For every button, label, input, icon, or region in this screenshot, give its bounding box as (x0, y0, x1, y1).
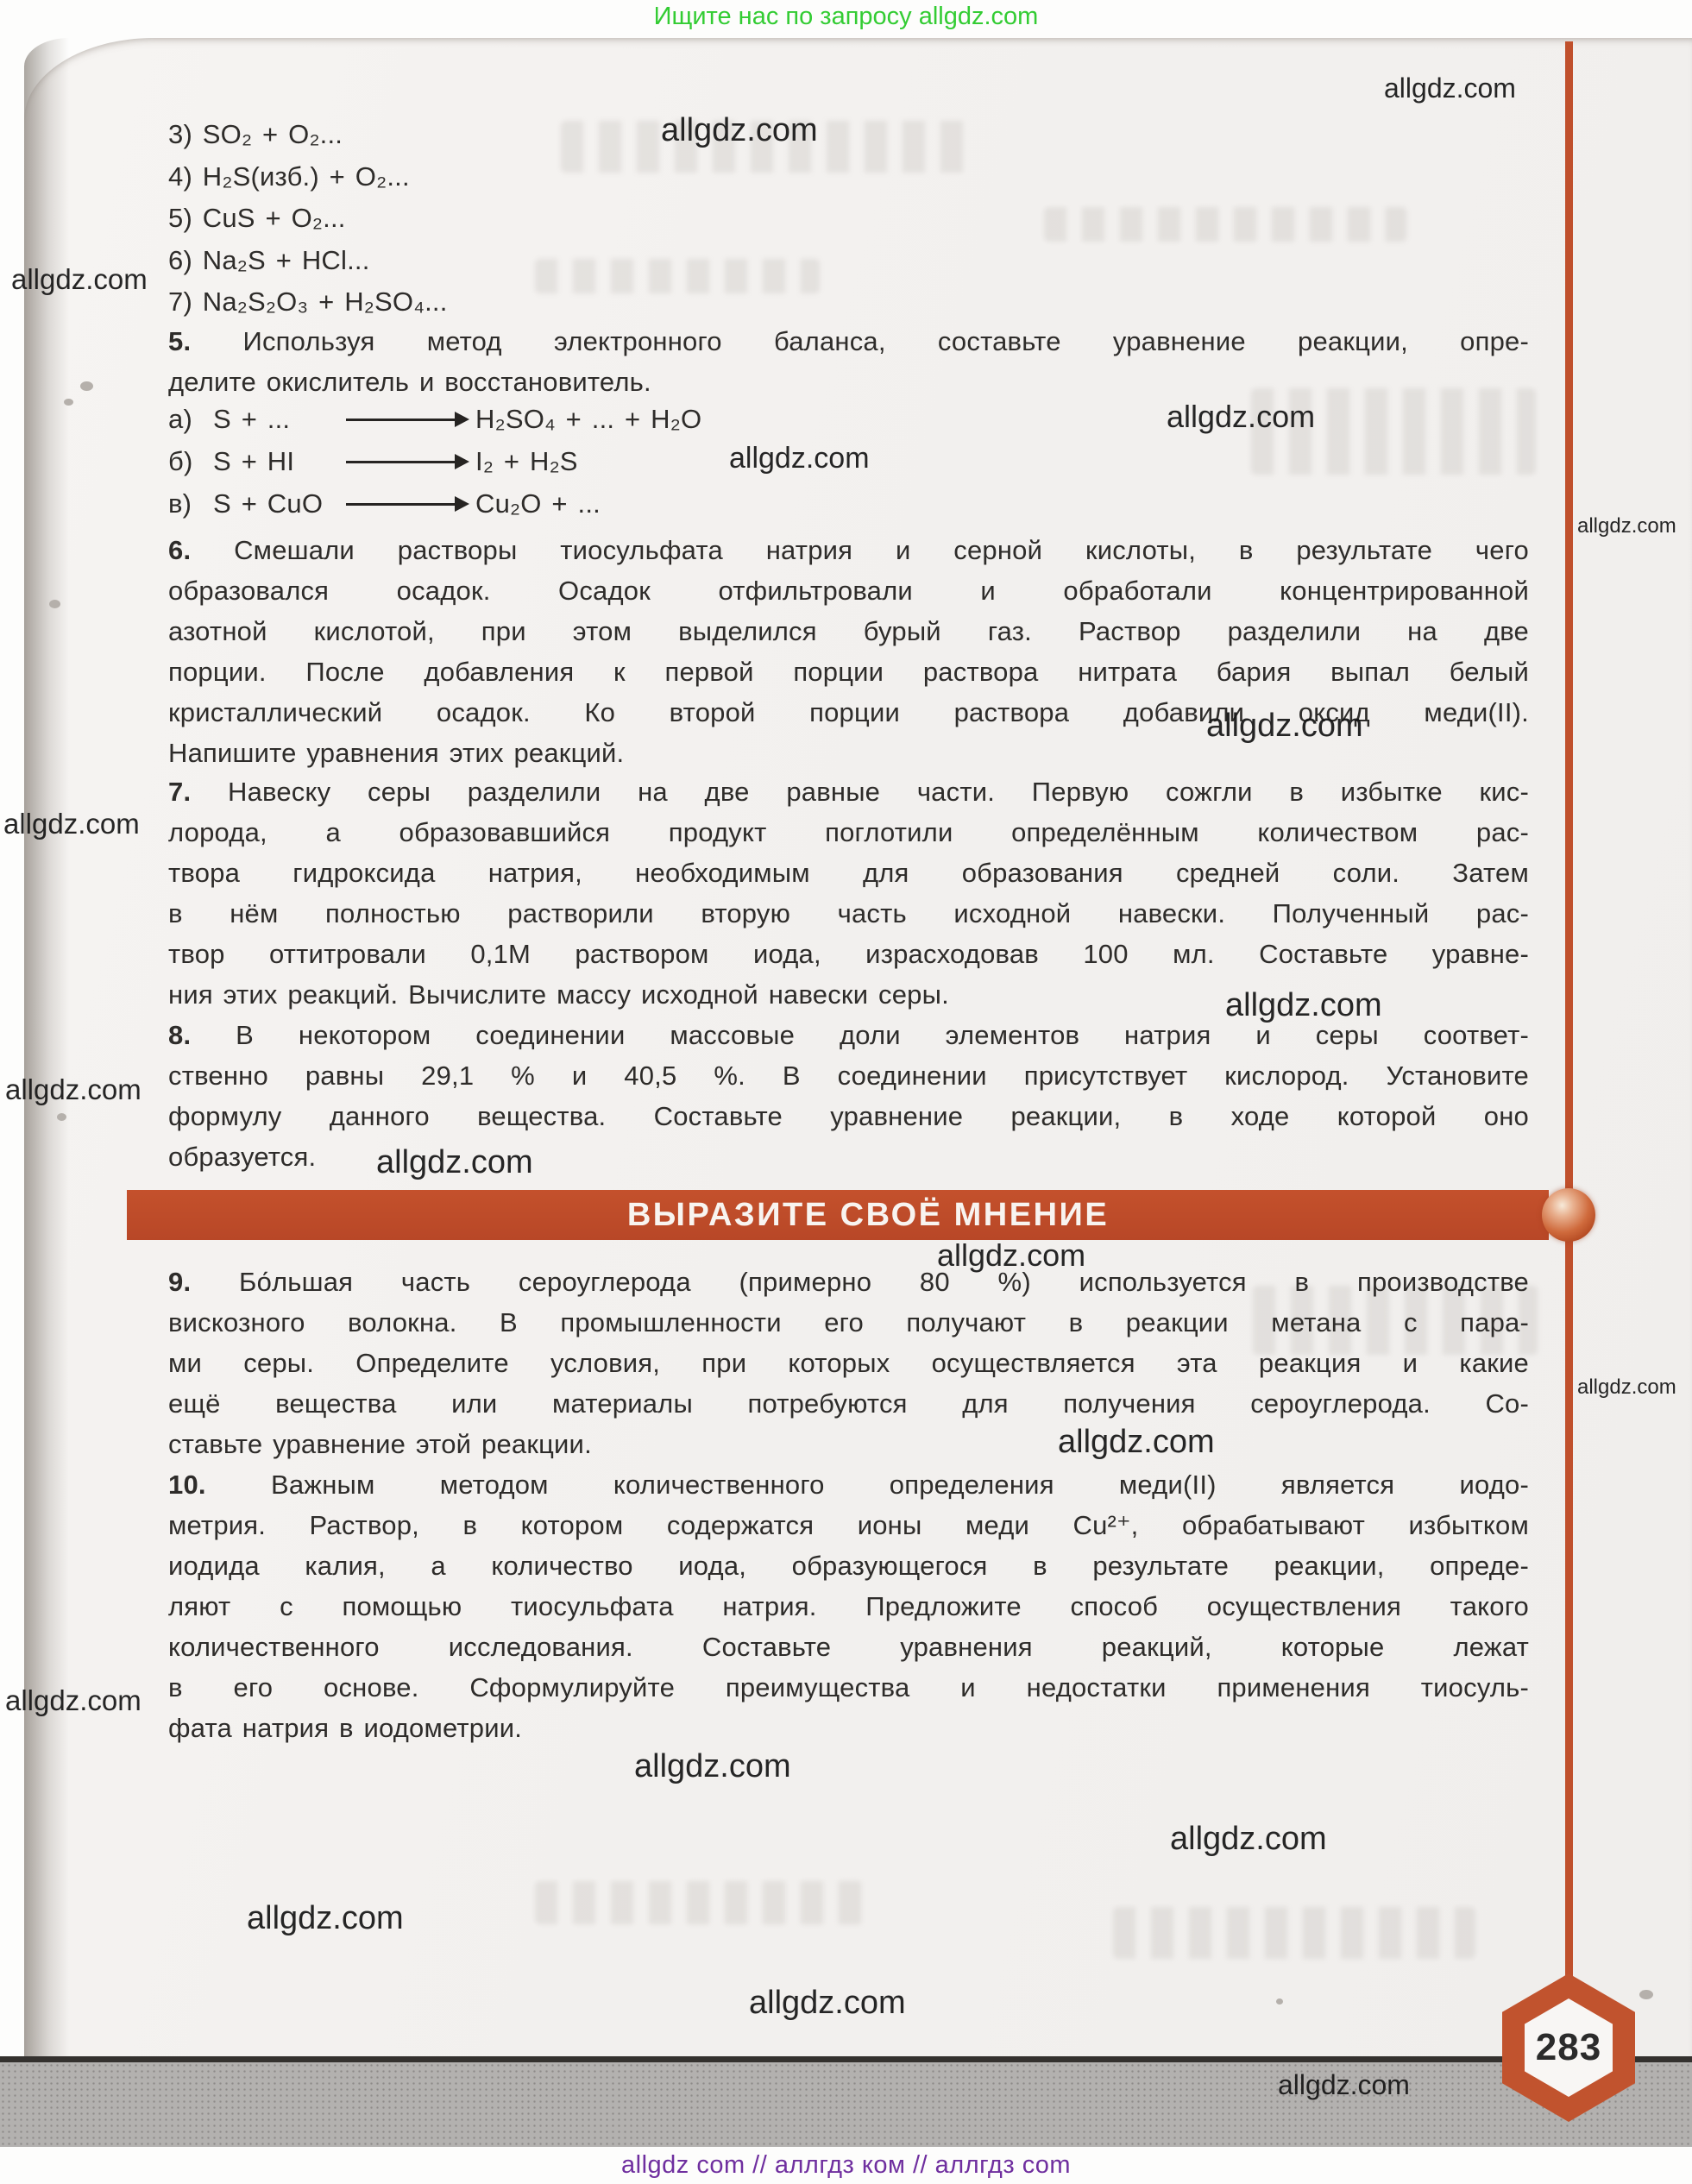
text-line: формулу данного вещества. Составьте урав… (168, 1096, 1529, 1136)
watermark: allgdz.com (634, 1748, 791, 1785)
text-line: 6. Смешали растворы тиосульфата натрия и… (168, 530, 1529, 570)
page-number-hexagon-inner: 283 (1525, 1998, 1613, 2097)
footer-sites: allgdz com // аллгдз ком // аллгдз com (0, 2150, 1692, 2180)
problem-9: 9. Бо́льшая часть сероуглерода (примерно… (168, 1262, 1529, 1464)
text-line: иодида калия, а количество иода, образую… (168, 1545, 1529, 1586)
reaction-list: 3) SO₂ + O₂... 4) H₂S(изб.) + O₂... 5) C… (168, 114, 988, 324)
problem-8: 8. В некотором соединении массовые доли … (168, 1015, 1529, 1177)
reaction-arrow-icon (346, 419, 456, 421)
bleedthrough-ghost (1113, 1907, 1475, 1959)
scan-speck (80, 381, 93, 391)
equation-left: S + ... (213, 399, 341, 440)
text-line: ставьте уравнение этой реакции. (168, 1424, 1529, 1464)
watermark: allgdz.com (1577, 514, 1676, 538)
bleedthrough-ghost (535, 1881, 863, 1924)
problem-number: 7. (168, 777, 191, 807)
text-line: порции. После добавления к первой порции… (168, 651, 1529, 692)
text-line: вискозного волокна. В промышленности его… (168, 1302, 1529, 1343)
watermark: allgdz.com (11, 263, 148, 296)
watermark: allgdz.com (1167, 399, 1315, 435)
reaction-arrow-icon (346, 461, 456, 463)
watermark: allgdz.com (1577, 1375, 1676, 1400)
problem-number: 8. (168, 1020, 191, 1050)
bleedthrough-ghost (1044, 207, 1406, 242)
equation-label: а) (168, 399, 213, 440)
opinion-banner-label: ВЫРАЗИТЕ СВОЁ МНЕНИЕ (627, 1197, 1109, 1234)
watermark: allgdz.com (1225, 987, 1382, 1024)
equation-row: а)S + ...H₂SO₄ + ... + H₂O (168, 399, 1117, 440)
text-line: в его основе. Сформулируйте преимущества… (168, 1667, 1529, 1708)
text-line: в нём полностью растворили вторую часть … (168, 893, 1529, 934)
watermark: allgdz.com (5, 1684, 142, 1717)
equation-label: б) (168, 441, 213, 482)
margin-rule-line (1565, 41, 1573, 1979)
watermark: allgdz.com (1278, 2069, 1410, 2101)
watermark: allgdz.com (729, 442, 870, 475)
scan-speck (1276, 1998, 1283, 2005)
scan-speck (57, 1113, 66, 1121)
list-item: 4) H₂S(изб.) + O₂... (168, 156, 988, 198)
list-item: 7) Na₂S₂O₃ + H₂SO₄... (168, 281, 988, 324)
watermark: allgdz.com (937, 1237, 1085, 1274)
text-line: фата натрия в иодометрии. (168, 1708, 1529, 1748)
watermark: allgdz.com (1206, 708, 1363, 745)
equation-row: в)S + CuOCu₂O + ... (168, 483, 1117, 525)
watermark: allgdz.com (3, 808, 140, 840)
watermark: allgdz.com (749, 1985, 906, 2022)
equation-right: I₂ + H₂S (475, 441, 578, 482)
equation-left: S + HI (213, 441, 341, 482)
text-line: твор оттитровали 0,1М раствором иода, из… (168, 934, 1529, 974)
spine-shadow (24, 38, 69, 2056)
problem-10: 10. Важным методом количественного опред… (168, 1464, 1529, 1748)
text-line: делите окислитель и восстановитель. (168, 362, 1529, 402)
banner-ball-ornament (1542, 1188, 1595, 1242)
problem-number: 5. (168, 326, 191, 356)
watermark: allgdz.com (1384, 72, 1516, 104)
problem-number: 6. (168, 535, 191, 565)
reaction-arrow-icon (346, 503, 456, 506)
text-line: ственно равны 29,1 % и 40,5 %. В соедине… (168, 1055, 1529, 1096)
text-line: ми серы. Определите условия, при которых… (168, 1343, 1529, 1383)
equation-right: Cu₂O + ... (475, 483, 601, 525)
book-bottom-edge (0, 2056, 1692, 2147)
watermark: allgdz.com (5, 1073, 142, 1106)
watermark: allgdz.com (247, 1900, 404, 1937)
equation-row: б)S + HII₂ + H₂S (168, 441, 1117, 482)
promo-header: Ищите нас по запросу allgdz.com (0, 2, 1692, 31)
text-line: твора гидроксида натрия, необходимым для… (168, 853, 1529, 893)
text-line: 5. Используя метод электронного баланса,… (168, 321, 1529, 362)
watermark: allgdz.com (661, 112, 818, 149)
equation-label: в) (168, 483, 213, 525)
problem-5: 5. Используя метод электронного баланса,… (168, 321, 1529, 402)
equation-right: H₂SO₄ + ... + H₂O (475, 399, 701, 440)
page-number: 283 (1536, 2026, 1601, 2069)
text-line: лорода, а образовавшийся продукт поглоти… (168, 812, 1529, 853)
scan-speck (64, 399, 73, 406)
text-line: 9. Бо́льшая часть сероуглерода (примерно… (168, 1262, 1529, 1302)
watermark: allgdz.com (376, 1144, 533, 1181)
text-line: 7. Навеску серы разделили на две равные … (168, 771, 1529, 812)
text-line: метрия. Раствор, в котором содержатся ио… (168, 1505, 1529, 1545)
watermark: allgdz.com (1058, 1424, 1215, 1461)
problem-7: 7. Навеску серы разделили на две равные … (168, 771, 1529, 1015)
text-line: ляют с помощью тиосульфата натрия. Предл… (168, 1586, 1529, 1627)
scan-speck (1639, 1990, 1653, 1999)
watermark: allgdz.com (1170, 1821, 1327, 1858)
text-line: 10. Важным методом количественного опред… (168, 1464, 1529, 1505)
problem-number: 10. (168, 1470, 206, 1500)
problem-number: 9. (168, 1267, 191, 1297)
text-line: количественного исследования. Составьте … (168, 1627, 1529, 1667)
text-line: образуется. (168, 1136, 1529, 1177)
list-item: 5) CuS + O₂... (168, 198, 988, 240)
equation-left: S + CuO (213, 483, 341, 525)
opinion-banner: ВЫРАЗИТЕ СВОЁ МНЕНИЕ (127, 1190, 1549, 1240)
text-line: азотной кислотой, при этом выделился бур… (168, 611, 1529, 651)
list-item: 6) Na₂S + HCl... (168, 240, 988, 282)
text-line: образовался осадок. Осадок отфильтровали… (168, 570, 1529, 611)
scan-speck (49, 600, 60, 608)
list-item: 3) SO₂ + O₂... (168, 114, 988, 156)
text-line: ещё вещества или материалы потребуются д… (168, 1383, 1529, 1424)
